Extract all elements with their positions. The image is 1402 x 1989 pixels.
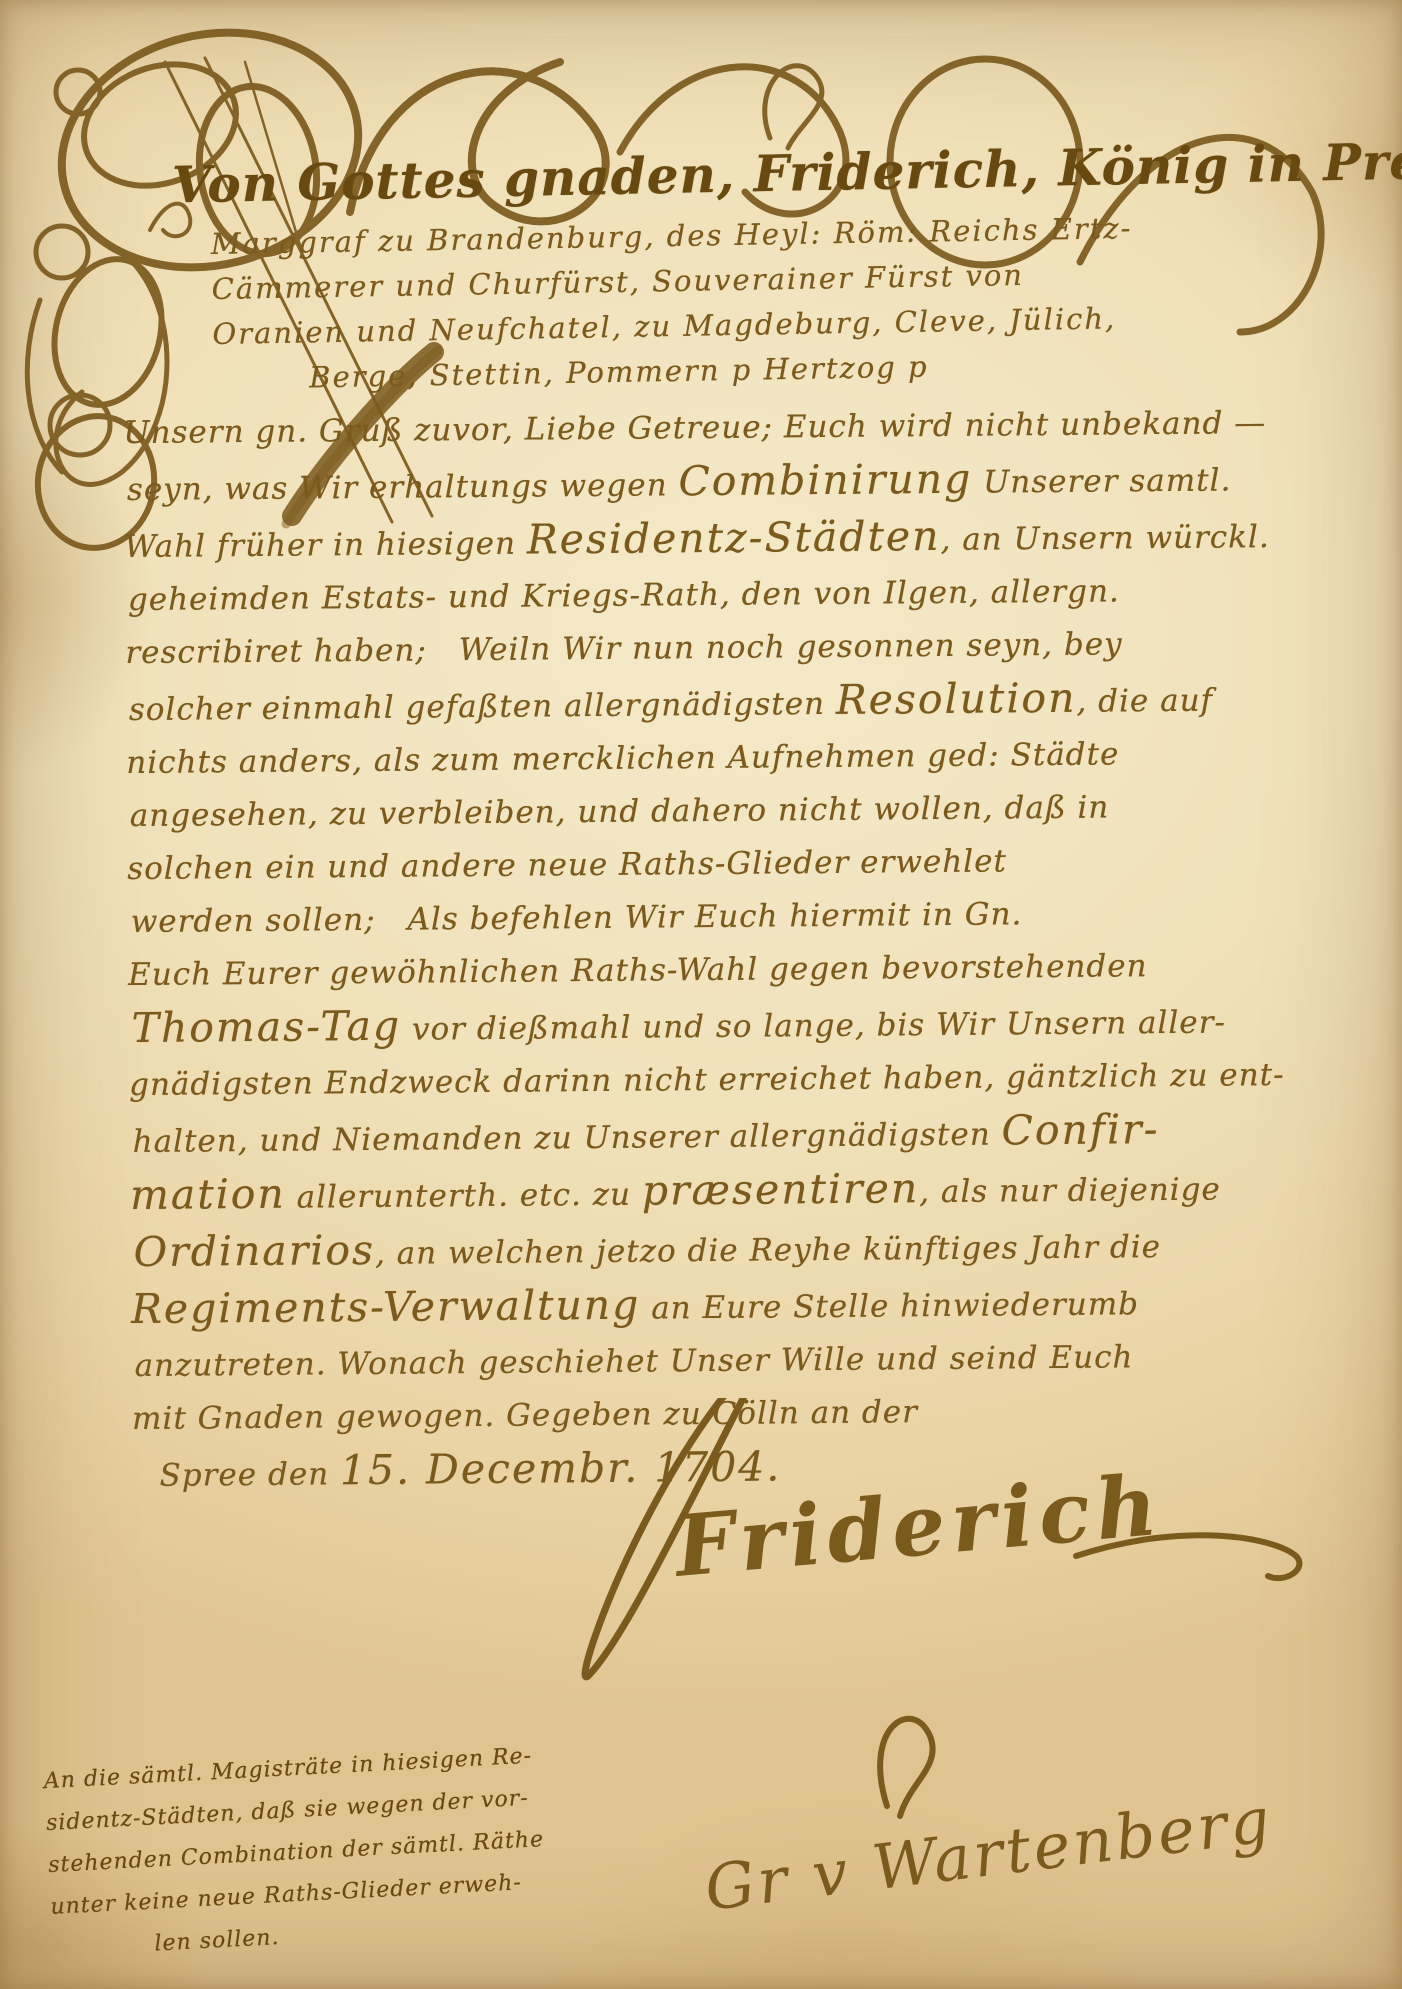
manuscript-text-segment: werden sollen; Als befehlen Wir Euch hie… xyxy=(131,896,1023,940)
manuscript-line: werden sollen; Als befehlen Wir Euch hie… xyxy=(131,886,1287,949)
manuscript-text-segment: Ordinarios xyxy=(133,1226,375,1276)
manuscript-text-segment: an Eure Stelle hinwiederumb xyxy=(640,1286,1139,1326)
manuscript-line: halten, und Niemanden zu Unserer allergn… xyxy=(132,1102,1288,1169)
manuscript-line: Ordinarios, an welchen jetzo die Reyhe k… xyxy=(133,1216,1289,1283)
manuscript-text-segment: præsentiren xyxy=(642,1164,920,1214)
signature-name: Friderich xyxy=(669,1455,1167,1596)
manuscript-text-segment: Combinirung xyxy=(678,455,972,506)
manuscript-text-segment: Unsern gn. Gruß zuvor, Liebe Getreue; Eu… xyxy=(123,405,1266,451)
manuscript-text-segment: halten, und Niemanden zu Unserer allergn… xyxy=(132,1116,1001,1160)
manuscript-text-segment: vor dießmahl und so lange, bis Wir Unser… xyxy=(401,1004,1226,1047)
manuscript-line: Wahl früher in hiesigen Residentz-Städte… xyxy=(124,507,1280,574)
manuscript-text-segment: geheimden Estats- und Kriegs-Rath, den v… xyxy=(128,573,1120,618)
manuscript-text-segment: Unserer samtl. xyxy=(972,462,1231,500)
manuscript-text-segment: allerunterth. etc. zu xyxy=(286,1177,642,1216)
royal-signature: Friderich xyxy=(536,1398,1356,1688)
manuscript-text-segment: gnädigsten Endzweck darinn nicht erreich… xyxy=(129,1057,1285,1103)
manuscript-text-segment: Wahl früher in hiesigen xyxy=(124,526,527,566)
manuscript-text-segment: , an Unsern würckl. xyxy=(940,519,1270,558)
manuscript-text-segment: len sollen. xyxy=(154,1925,280,1957)
manuscript-line: anzutreten. Wonach geschiehet Unser Will… xyxy=(134,1330,1290,1393)
manuscript-line: geheimden Estats- und Kriegs-Rath, den v… xyxy=(128,564,1284,627)
intitulatio-block: Marggraf zu Brandenburg, des Heyl: Röm: … xyxy=(210,206,1135,402)
manuscript-text-segment: Residentz-Städten xyxy=(527,512,941,564)
manuscript-text-segment: , an welchen jetzo die Reyhe künftiges J… xyxy=(375,1229,1161,1272)
docket-note: An die sämtl. Magisträte in hiesigen Re-… xyxy=(43,1735,550,1971)
manuscript-text-segment: Regiments-Verwaltung xyxy=(131,1281,641,1333)
manuscript-text-segment: Euch Eurer gewöhnlichen Raths-Wahl gegen… xyxy=(128,948,1148,993)
countersignature-name: Gr v Wartenberg xyxy=(701,1783,1276,1925)
manuscript-page: Von Gottes gnaden, Friderich, König in P… xyxy=(0,0,1402,1989)
manuscript-text-segment: Thomas-Tag xyxy=(131,1002,401,1052)
manuscript-text-segment: Oranien und Neufchatel, zu Magdeburg, Cl… xyxy=(212,301,1116,351)
manuscript-line: Thomas-Tag vor dießmahl und so lange, bi… xyxy=(131,992,1287,1059)
manuscript-text-segment: Confir- xyxy=(1001,1105,1159,1154)
manuscript-text-segment: solcher einmahl gefaßten allergnädigsten xyxy=(129,686,836,728)
manuscript-text-segment: solchen ein und andere neue Raths-Gliede… xyxy=(127,843,1007,887)
manuscript-text-segment: Cämmerer und Churfürst, Souverainer Fürs… xyxy=(211,258,1024,306)
manuscript-text-segment: , die auf xyxy=(1076,683,1213,720)
manuscript-text-segment: Spree den xyxy=(159,1456,340,1494)
manuscript-text-segment: Berge, Stettin, Pommern p Hertzog p xyxy=(309,350,929,395)
manuscript-text-segment: angesehen, zu verbleiben, und dahero nic… xyxy=(130,789,1110,834)
manuscript-line: Regiments-Verwaltung an Eure Stelle hinw… xyxy=(131,1273,1287,1340)
manuscript-line: seyn, was Wir erhaltungs wegen Combiniru… xyxy=(127,450,1283,517)
heading-line: Von Gottes gnaden, Friderich, König in P… xyxy=(172,129,1402,215)
manuscript-text-segment: Resolution xyxy=(836,674,1077,724)
manuscript-line: mation allerunterth. etc. zu præsentiren… xyxy=(130,1159,1286,1226)
manuscript-line: angesehen, zu verbleiben, und dahero nic… xyxy=(130,780,1286,843)
manuscript-text-segment: anzutreten. Wonach geschiehet Unser Will… xyxy=(134,1339,1133,1384)
manuscript-text-segment: nichts anders, als zum mercklichen Aufne… xyxy=(126,736,1119,781)
manuscript-text-segment: mation xyxy=(130,1170,286,1219)
manuscript-text-segment: seyn, was Wir erhaltungs wegen xyxy=(127,467,679,508)
countersignature: Gr v Wartenberg xyxy=(672,1688,1372,1978)
manuscript-text-segment: rescribiret haben; Weiln Wir nun noch ge… xyxy=(125,626,1123,671)
manuscript-line: solcher einmahl gefaßten allergnädigsten… xyxy=(129,670,1285,737)
body-text-block: Unsern gn. Gruß zuvor, Liebe Getreue; Eu… xyxy=(123,397,1288,1503)
manuscript-text-segment: , als nur diejenige xyxy=(919,1172,1221,1211)
